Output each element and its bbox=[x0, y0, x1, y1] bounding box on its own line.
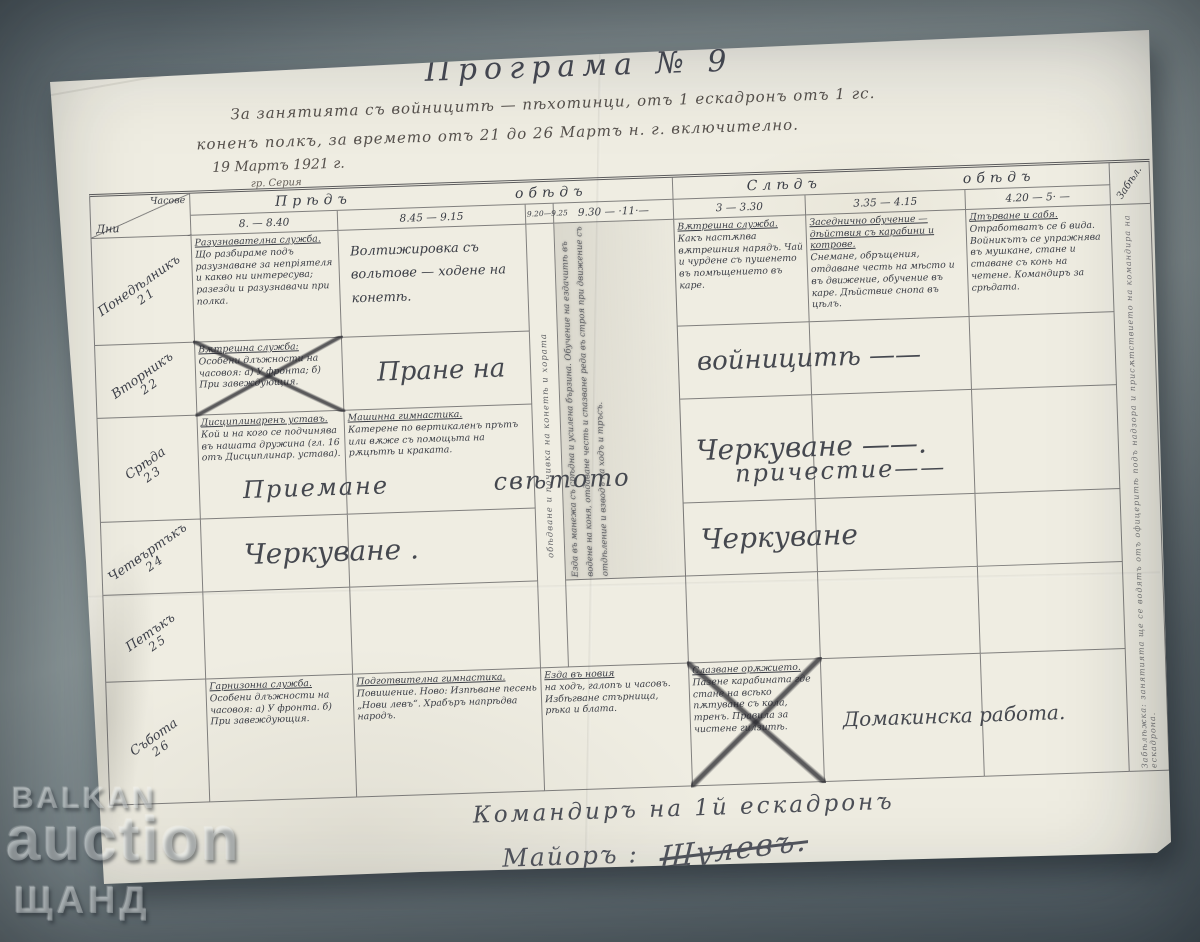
cell-title: Заседнично обучение — дѣйствия съ караби… bbox=[809, 212, 963, 252]
morning-word-2: обѣдъ bbox=[515, 183, 588, 201]
paper-sheet: Програма № 9 За занятията съ войницитѣ —… bbox=[0, 0, 1200, 942]
table-cell: Черкуване bbox=[684, 499, 818, 576]
cell-body: Волтижировка съ вольтове — ходене на кон… bbox=[341, 227, 524, 311]
table-cell bbox=[566, 576, 689, 667]
vertical-note-narrow-text: обѣдване и почивка на конетѣ и хората bbox=[538, 333, 555, 558]
table-cell: Разузнавателна служба. Що разбираме подъ… bbox=[191, 231, 341, 343]
table-cell bbox=[348, 508, 538, 587]
vertical-note-wide: Езда въ манежа съ срѣдна и усилена бързи… bbox=[554, 220, 686, 581]
table-cell: Гарнизонна служба. Особени длъжности на … bbox=[206, 675, 357, 803]
table-cell bbox=[816, 494, 978, 572]
remarks-header: Забѣл. bbox=[1110, 162, 1151, 205]
table-cell bbox=[350, 581, 541, 674]
table-cell: Пране на bbox=[342, 332, 532, 411]
table-cell: Волтижировка съ вольтове — ходене на кон… bbox=[338, 225, 529, 338]
day-label: Четвъртъкъ 24 bbox=[106, 520, 197, 595]
signature-rank-line: Майоръ : Щулевъ. bbox=[345, 824, 966, 880]
cell-body: Отработватъ се 6 вида. Войникътъ се упра… bbox=[969, 219, 1109, 295]
cell-body: Катерене по вертикаленъ прътъ или вѫже с… bbox=[348, 418, 530, 460]
day-label: Срѣда 23 bbox=[122, 445, 175, 493]
table-cell: Подготвителна гимнастика. Повишение. Нов… bbox=[353, 668, 545, 797]
cell-body: Особени длъжности на часовоя: а) У фронт… bbox=[198, 352, 339, 392]
table-cell bbox=[975, 489, 1122, 567]
cell-body: Какъ настѫпва вѫтрешния нарядъ. Чай и чу… bbox=[678, 229, 805, 293]
table-cell: Заседнично обучение — дѣйствия съ караби… bbox=[806, 210, 969, 322]
vertical-note-wide-text: Езда въ манежа съ срѣдна и усилена бързи… bbox=[557, 224, 613, 577]
day-cell: Четвъртъкъ 24 bbox=[101, 520, 203, 596]
day-cell: Понедѣлникъ 21 bbox=[92, 236, 195, 346]
cell-body: Що разбираме подъ разузнаване за непріят… bbox=[195, 245, 337, 309]
day-cell: Петъкъ 25 bbox=[103, 593, 206, 683]
day-label: Вторникъ 22 bbox=[109, 349, 183, 412]
table-cell bbox=[818, 567, 981, 659]
cell-body: Особени длъжности на часовоя: а) У фронт… bbox=[210, 688, 351, 728]
paper-shadow: Програма № 9 За занятията съ войницитѣ —… bbox=[0, 0, 1200, 942]
table-cell: Домакинска работа. bbox=[821, 654, 985, 782]
afternoon-word-1: Слѣдъ bbox=[746, 175, 822, 193]
remarks-header-label: Забѣл. bbox=[1115, 165, 1144, 202]
cell-body: Повишение. Ново: Изпѣване песень „Нови л… bbox=[357, 682, 539, 724]
signature-rank: Майоръ : bbox=[502, 839, 640, 873]
day-cell: Срѣда 23 bbox=[97, 416, 200, 523]
document-content: Програма № 9 За занятията съ войницитѣ —… bbox=[79, 28, 1186, 903]
date-line: 19 Мартъ 1921 г. bbox=[212, 156, 345, 176]
table-cell bbox=[972, 385, 1120, 494]
table-cell-crossed-out: Слазване орѫжието. Пазене карабината где… bbox=[689, 659, 825, 786]
photo-background: Програма № 9 За занятията съ войницитѣ —… bbox=[0, 0, 1200, 942]
cell-body: Пазене карабината где стане на всѣко пѫт… bbox=[692, 673, 819, 737]
table-cell: Черкуване . bbox=[201, 515, 350, 593]
table-cell bbox=[981, 649, 1130, 777]
day-cell: Събота 26 bbox=[106, 679, 210, 805]
morning-word-1: Прѣдъ bbox=[275, 191, 352, 210]
table-cell: Дтърване и сабя. Отработватъ се 6 вида. … bbox=[966, 205, 1114, 317]
table-cell bbox=[686, 572, 821, 663]
day-label: Петъкъ 25 bbox=[123, 610, 185, 664]
corner-hours-label: Часове bbox=[150, 195, 186, 207]
table-cell: Вѫтрешна служба. Какъ настѫпва вѫтрешния… bbox=[674, 215, 809, 326]
day-label: Събота 26 bbox=[128, 715, 188, 768]
table-cell: Дисциплинаренъ уставъ. Кой и на кого се … bbox=[197, 411, 347, 520]
corner-days-label: Дни bbox=[96, 222, 120, 236]
day-cell: Вторникъ 22 bbox=[95, 343, 197, 419]
table-cell bbox=[810, 317, 972, 395]
table-cell bbox=[978, 562, 1126, 654]
afternoon-word-2: обѣдъ bbox=[963, 168, 1036, 186]
signature-scribble: Щулевъ. bbox=[658, 823, 808, 876]
corner-header-cell: Часове Дни bbox=[90, 194, 191, 239]
table-cell: Езда въ новия на ходъ, галопъ и часовъ. … bbox=[541, 663, 693, 791]
table-cell-crossed-out: Вѫтрешна служба: Особени длъжности на ча… bbox=[195, 338, 344, 416]
cell-body: Кой и на кого се подчинява въ нашата дру… bbox=[201, 424, 342, 464]
cell-body: Снемане, обръщения, отдаване честь на мѣ… bbox=[810, 247, 965, 311]
day-label: Понедѣлникъ 21 bbox=[95, 252, 190, 330]
table-cell bbox=[970, 312, 1117, 390]
time-slot: 9.20—9.25 bbox=[526, 204, 555, 225]
cell-body: на ходъ, галопъ и часовъ. Избѣгване стър… bbox=[544, 677, 686, 717]
margin-remark-text: Забѣлѣжка: занятията ще се водятъ отъ оф… bbox=[1122, 206, 1159, 768]
table-cell bbox=[203, 588, 353, 680]
table-cell: войницитѣ —— bbox=[678, 322, 812, 399]
